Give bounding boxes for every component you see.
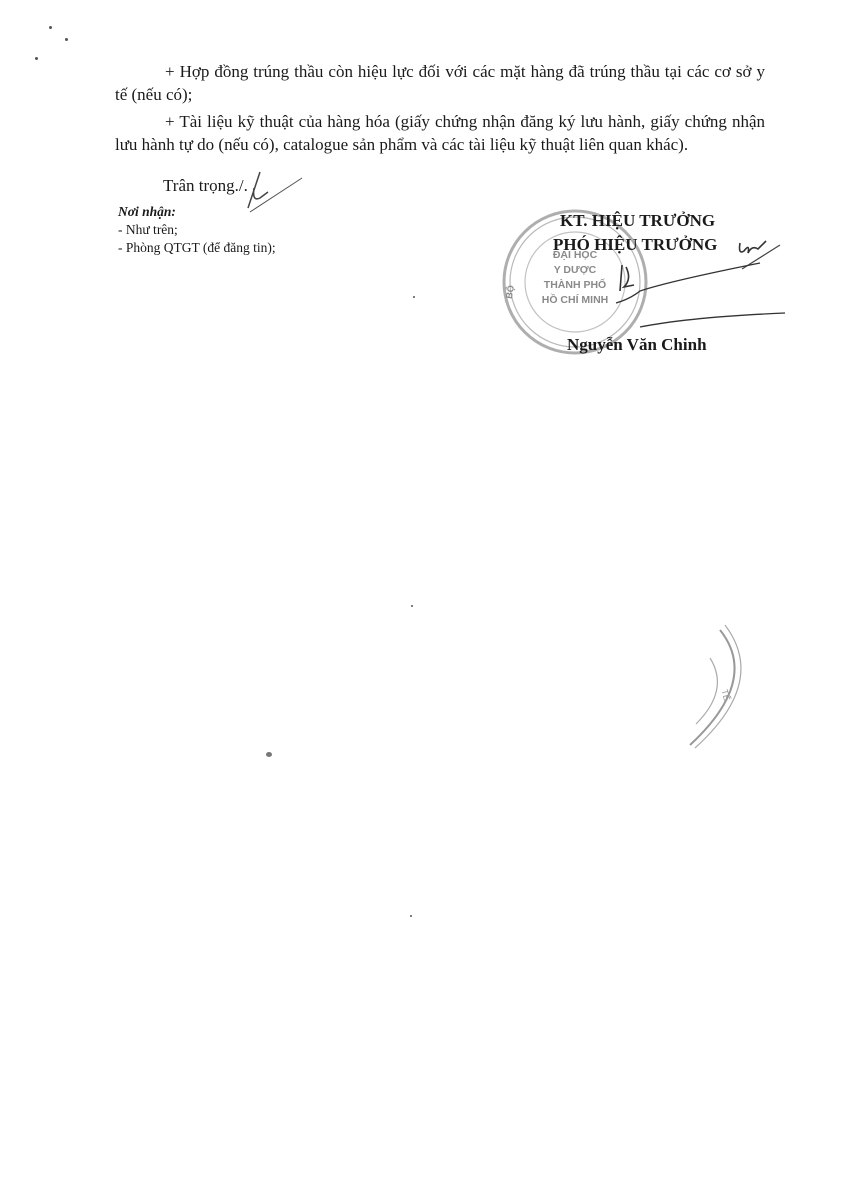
closing-text: Trân trọng./. <box>163 176 248 196</box>
partial-stamp-arc-icon <box>660 620 760 750</box>
stamp-line: Y DƯỢC <box>530 264 620 276</box>
recipient-item: - Phòng QTGT (để đăng tin); <box>118 239 276 257</box>
recipients-title: Nơi nhận: <box>118 203 276 221</box>
scan-speck <box>413 296 415 298</box>
body-paragraph: + Tài liệu kỹ thuật của hàng hóa (giấy c… <box>115 110 765 156</box>
stamp-line: THÀNH PHỐ <box>530 279 620 291</box>
signature-title-line1: KT. HIỆU TRƯỞNG <box>560 209 715 233</box>
recipients: Nơi nhận: - Như trên; - Phòng QTGT (để đ… <box>118 203 276 257</box>
scan-speck <box>49 26 52 29</box>
scan-speck <box>266 752 272 757</box>
paragraph-text: + Hợp đồng trúng thầu còn hiệu lực đối v… <box>115 62 765 104</box>
stamp-bleed-mark: TẾ <box>660 620 760 750</box>
scan-speck <box>65 38 68 41</box>
stamp-line: HỒ CHÍ MINH <box>530 294 620 306</box>
scan-speck <box>410 915 412 917</box>
scan-speck <box>35 57 38 60</box>
signer-name: Nguyễn Văn Chinh <box>567 333 707 357</box>
signature-title-line2: PHÓ HIỆU TRƯỞNG <box>553 233 717 257</box>
body-paragraph: + Hợp đồng trúng thầu còn hiệu lực đối v… <box>115 60 765 106</box>
recipient-item: - Như trên; <box>118 221 276 239</box>
paragraph-text: + Tài liệu kỹ thuật của hàng hóa (giấy c… <box>115 112 765 154</box>
scan-speck <box>411 605 413 607</box>
